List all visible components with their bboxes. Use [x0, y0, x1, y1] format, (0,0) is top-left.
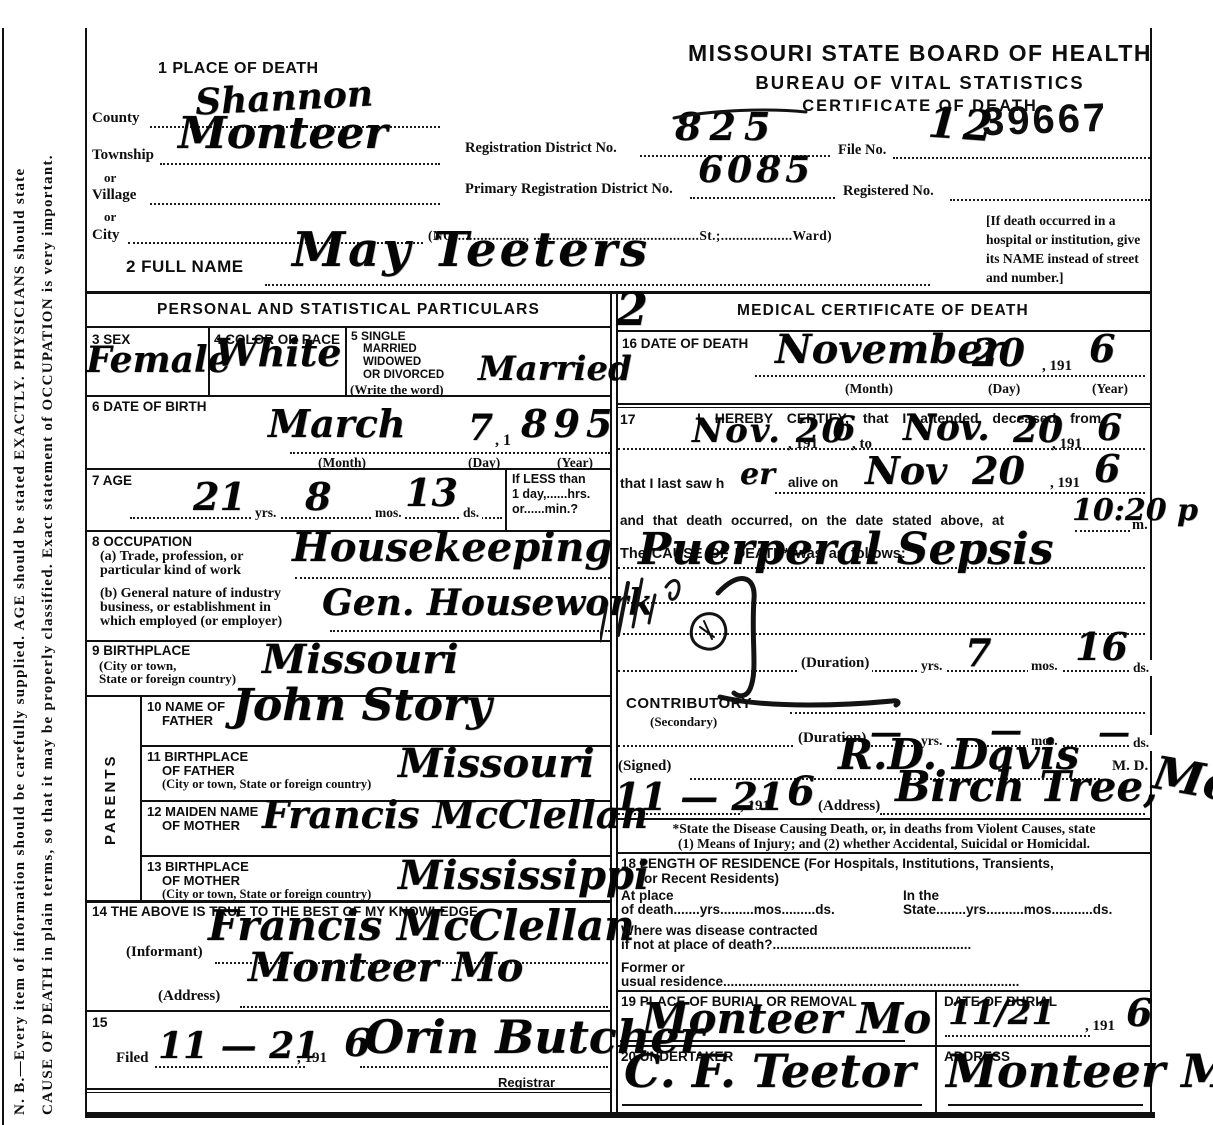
divider	[616, 403, 1150, 405]
divider	[140, 695, 142, 900]
marital-label: MARRIED	[363, 343, 417, 355]
divider	[505, 470, 507, 530]
occupation-a-label: particular kind of work	[100, 563, 241, 579]
place-of-death-label: 1 PLACE OF DEATH	[158, 60, 319, 78]
father-birthplace-sublabel: (City or town, State or foreign country)	[162, 777, 371, 792]
margin-note-line1: N. B.—Every item of information should b…	[12, 168, 29, 1115]
contributory-label: CONTRIBUTORY	[626, 695, 752, 712]
signed-year-value: 6	[787, 772, 815, 812]
or-label: or	[104, 209, 116, 225]
dotted-rule	[945, 1035, 1090, 1037]
signed-year-printed: , 191	[740, 798, 770, 815]
birthplace-sublabel: State or foreign country)	[99, 671, 236, 687]
file-no-value: 12	[927, 102, 1000, 149]
ds-label: ds.	[460, 505, 482, 521]
occupation-a-value: Housekeeping	[292, 528, 612, 568]
physician-address-value: Birch Tree,	[895, 766, 1158, 808]
divider	[85, 326, 612, 328]
place-of-burial-value: Monteer Mo	[642, 998, 931, 1040]
birth-year-value: 895	[521, 405, 618, 443]
violent-causes-note: (1) Means of Injury; and (2) whether Acc…	[620, 836, 1148, 852]
in-state-label: In the	[903, 888, 939, 903]
duration-label: (Duration)	[798, 655, 872, 672]
last-saw-day-value: 20	[972, 452, 1025, 490]
father-birthplace-value: Missouri	[398, 744, 595, 784]
informant-label: (Informant)	[126, 944, 203, 961]
divider	[85, 1092, 612, 1093]
divider	[616, 852, 1150, 854]
attended-from-year-printed: , 191	[788, 436, 818, 453]
less-than-label: or......min.?	[512, 502, 578, 516]
divider	[345, 328, 347, 395]
dotted-rule	[360, 1066, 608, 1068]
occupation-label: 8 OCCUPATION	[92, 534, 192, 549]
dotted-rule	[330, 630, 610, 632]
marital-value: Married	[478, 352, 632, 386]
full-name-value: May Teeters	[292, 226, 650, 274]
father-birthplace-label: OF FATHER	[162, 763, 235, 778]
mother-birthplace-value: Mississippi	[398, 856, 649, 896]
last-saw-year-printed: , 191	[1050, 475, 1080, 492]
at-place-label: At place	[621, 888, 674, 903]
last-saw-label: that I last saw h	[620, 475, 724, 491]
duration-days-value: 16	[1075, 628, 1128, 666]
margin-note-line2: CAUSE OF DEATH in plain terms, so that i…	[40, 154, 57, 1115]
last-saw-pronoun-value: er	[740, 460, 775, 490]
dotted-rule	[880, 813, 1145, 815]
bureau-subtitle: BUREAU OF VITAL STATISTICS	[680, 72, 1160, 94]
township-value: Monteer	[178, 112, 388, 156]
dotted-rule	[265, 284, 930, 286]
yrs-label: yrs.	[252, 505, 279, 521]
file-no-label: File No.	[838, 142, 886, 159]
length-of-residence-label: 18 LENGTH OF RESIDENCE (For Hospitals, I…	[621, 856, 1054, 871]
father-name-label: FATHER	[162, 713, 213, 728]
divider	[85, 395, 612, 397]
dotted-rule	[1075, 530, 1130, 532]
dotted-rule	[240, 1006, 608, 1008]
month-sublabel: (Month)	[845, 381, 893, 397]
divider	[616, 990, 1150, 992]
death-certificate-scan: N. B.—Every item of information should b…	[0, 0, 1213, 1125]
sex-value: Female	[86, 342, 231, 378]
age-months-value: 8	[305, 478, 331, 516]
undertaker-value: C. F. Teetor	[624, 1048, 916, 1094]
marital-label: WIDOWED	[363, 356, 421, 368]
birthplace-value: Missouri	[262, 640, 459, 680]
birthplace-label: 9 BIRTHPLACE	[92, 643, 190, 658]
age-years-value: 21	[193, 478, 246, 516]
dotted-rule	[690, 197, 835, 199]
underline	[948, 1104, 1143, 1106]
underline	[622, 1104, 922, 1106]
filed-label: Filed	[116, 1050, 149, 1067]
certify-section-number: 17	[620, 411, 636, 427]
registered-no-label: Registered No.	[843, 183, 934, 200]
scan-edge-line	[2, 28, 4, 1125]
marital-label: 5 SINGLE	[351, 329, 406, 343]
or-label: or	[104, 170, 116, 186]
date-of-birth-label: 6 DATE OF BIRTH	[92, 399, 207, 414]
day-sublabel: (Day)	[468, 455, 500, 471]
in-state-label: State........yrs..........mos...........…	[903, 902, 1112, 917]
mother-maiden-name-label: OF MOTHER	[162, 818, 240, 833]
undertaker-address-value: Monteer Mo	[946, 1048, 1213, 1094]
bottom-heavy-rule	[85, 1112, 1155, 1118]
dotted-rule	[290, 452, 610, 454]
day-sublabel: (Day)	[988, 381, 1020, 397]
mother-maiden-name-value: Francis McClellan	[262, 796, 648, 834]
dotted-rule	[295, 577, 610, 579]
personal-section-title: PERSONAL AND STATISTICAL PARTICULARS	[85, 301, 612, 319]
registration-district-label: Registration District No.	[465, 140, 617, 157]
last-saw-year-value: 6	[1094, 450, 1120, 488]
dotted-rule	[755, 375, 1145, 377]
contributory-ds-label: ds.	[1130, 735, 1152, 751]
informant-address-value: Monteer Mo	[248, 948, 523, 988]
filed-year-printed: , 191	[297, 1050, 327, 1067]
township-label: Township	[92, 147, 154, 164]
less-than-label: If LESS than	[512, 472, 586, 486]
dotted-rule	[150, 203, 440, 205]
duration-ds-label: ds.	[1130, 660, 1152, 676]
filed-date-value: 11 — 21	[158, 1028, 319, 1064]
duration-months-value: 7	[965, 634, 991, 672]
burial-year-printed: , 191	[1085, 1018, 1115, 1035]
contributory-ds-dash: —	[1098, 716, 1130, 748]
death-year-value: 6	[1089, 330, 1115, 368]
attended-from-value: Nov. 20	[692, 414, 847, 448]
birth-day-value: 7	[468, 410, 493, 446]
full-name-label: 2 FULL NAME	[126, 257, 244, 277]
last-saw-month-value: Nov	[865, 452, 947, 490]
informant-address-label: (Address)	[158, 988, 220, 1005]
father-name-value: John Story	[232, 684, 492, 728]
year-sublabel: (Year)	[1092, 381, 1128, 397]
former-residence-label: usual residence.........................…	[621, 974, 1019, 989]
certificate-number-stamp: 39667	[981, 96, 1109, 145]
attended-to-year-printed: , 191	[1052, 436, 1082, 453]
county-label: County	[92, 110, 140, 127]
city-label: City	[92, 227, 120, 244]
physician-address-label: (Address)	[818, 798, 880, 815]
time-m-label: m.	[1132, 517, 1148, 534]
signed-label: (Signed)	[618, 758, 671, 775]
attended-to-month-value: Nov.	[903, 410, 990, 446]
secondary-sublabel: (Secondary)	[650, 714, 717, 730]
death-month-value: November	[775, 330, 1004, 370]
birth-year-printed: , 1	[495, 432, 511, 450]
physician-address-state: Mo	[1150, 749, 1213, 808]
disease-contracted-label: if not at place of death?...............…	[621, 937, 971, 952]
violent-causes-note: *State the Disease Causing Death, or, in…	[620, 821, 1148, 837]
length-of-residence-label: or Recent Residents)	[644, 871, 779, 886]
at-place-label: of death.......yrs.........mos.........d…	[621, 902, 835, 917]
year-sublabel: (Year)	[557, 455, 593, 471]
father-birthplace-label: 11 BIRTHPLACE	[147, 749, 248, 764]
hospital-note: [If death occurred in a hospital or inst…	[986, 212, 1146, 288]
attended-to-year-value: 6	[1097, 410, 1122, 446]
mother-birthplace-label: 13 BIRTHPLACE	[147, 859, 249, 874]
dotted-rule	[160, 163, 440, 165]
marital-label: OR DIVORCED	[363, 369, 444, 381]
board-title: MISSOURI STATE BOARD OF HEALTH	[680, 40, 1160, 67]
occupation-b-label: which employed (or employer)	[100, 614, 282, 630]
father-name-label: 10 NAME OF	[147, 699, 225, 714]
primary-registration-label: Primary Registration District No.	[465, 181, 673, 198]
age-days-value: 13	[405, 474, 458, 512]
divider	[616, 407, 1150, 408]
divider	[935, 990, 937, 1112]
informant-value: Francis McClellan	[208, 905, 635, 947]
registrar-label: Registrar	[498, 1075, 555, 1090]
primary-registration-value: 6085	[698, 152, 814, 188]
dotted-rule	[893, 157, 1150, 159]
marital-hint: (Write the word)	[350, 382, 444, 398]
form-right-border	[1150, 28, 1152, 1114]
mother-maiden-name-label: 12 MAIDEN NAME	[147, 804, 258, 819]
death-year-printed: , 191	[1042, 358, 1072, 375]
date-of-death-label: 16 DATE OF DEATH	[622, 336, 748, 351]
color-race-value: White	[215, 334, 341, 372]
ink-stroke	[670, 104, 810, 124]
former-residence-label: Former or	[621, 960, 685, 975]
filed-section-number: 15	[92, 1014, 108, 1030]
death-day-value: 20	[972, 334, 1025, 372]
duration-yrs-label: yrs.	[918, 658, 945, 674]
mos-label: mos.	[372, 505, 405, 521]
mother-birthplace-sublabel: (City or town, State or foreign country)	[162, 887, 371, 902]
form-left-border	[85, 28, 87, 1118]
dotted-rule	[950, 199, 1150, 201]
month-sublabel: (Month)	[318, 455, 366, 471]
burial-year-value: 6	[1126, 994, 1152, 1032]
date-of-burial-value: 11/21	[948, 996, 1055, 1030]
parents-vertical-label: PARENTS	[102, 753, 119, 845]
alive-on-label: alive on	[788, 475, 838, 490]
less-than-label: 1 day,......hrs.	[512, 487, 590, 501]
age-label: 7 AGE	[92, 473, 132, 488]
mother-birthplace-label: OF MOTHER	[162, 873, 240, 888]
disease-contracted-label: Where was disease contracted	[621, 923, 818, 938]
village-label: Village	[92, 187, 136, 204]
duration-mos-label: mos.	[1028, 658, 1061, 674]
medical-section-title: MEDICAL CERTIFICATE OF DEATH	[616, 302, 1150, 320]
birth-month-value: March	[268, 405, 405, 443]
